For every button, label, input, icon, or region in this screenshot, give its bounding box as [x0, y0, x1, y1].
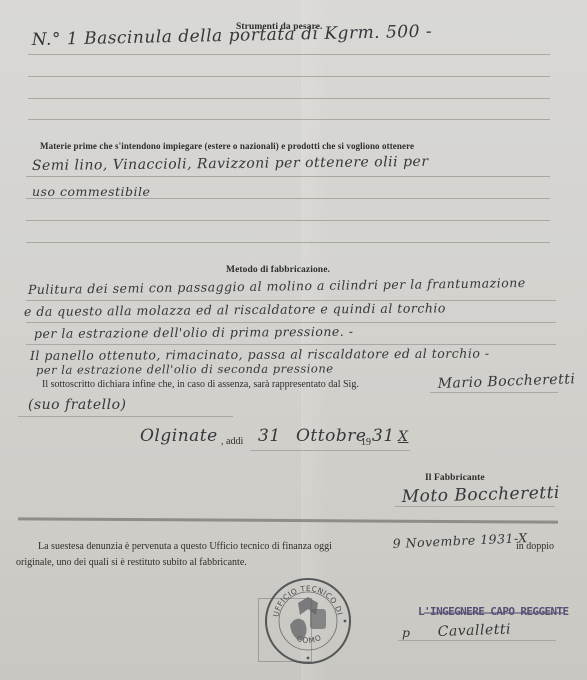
office-initial: p [402, 625, 411, 640]
year-prefix: 19 [361, 437, 371, 448]
receipt-text-before: La suestesa denunzia è pervenuta a quest… [38, 541, 332, 552]
era-handwriting: X [398, 429, 408, 445]
ruled-line [26, 220, 550, 221]
receipt-line-2: originale, uno dei quali si è restituto … [16, 557, 247, 568]
representative-name-handwriting: Mario Boccheretti [437, 371, 575, 392]
materials-label: Materie prime che s'intendono impiegare … [40, 141, 414, 151]
ruled-line [395, 506, 555, 507]
document-page: Strumenti da pesare. N.° 1 Bascinula del… [0, 0, 587, 680]
ruled-line [430, 392, 558, 393]
office-stamp: L'INGEGNERE CAPO REGGENTE [418, 605, 569, 618]
ruled-line [398, 640, 556, 641]
receipt-text-after: in doppio [516, 541, 554, 552]
finance-office-seal-icon: UFFICIO TECNICO DI FINANZA COMO [262, 575, 354, 667]
method-handwriting-line-1: Pulitura dei semi con passaggio al molin… [28, 275, 526, 297]
representative-relation-handwriting: (suo fratello) [28, 397, 127, 413]
section-divider [18, 517, 558, 523]
place-handwriting: Olginate [140, 426, 218, 446]
ruled-line [28, 98, 550, 99]
method-handwriting-line-4: Il panello ottenuto, rimacinato, passa a… [30, 346, 490, 363]
month-handwriting: Ottobre [296, 426, 366, 446]
ruled-line [26, 176, 550, 177]
ruled-line [26, 198, 550, 199]
method-handwriting-line-5: per la estrazione dell'olio di seconda p… [36, 361, 334, 377]
manufacturer-label: Il Fabbricante [425, 473, 485, 483]
representative-label: Il sottoscritto dichiara infine che, in … [42, 379, 359, 390]
method-handwriting-line-3: per la estrazione dell'olio di prima pre… [34, 324, 354, 341]
day-handwriting: 31 [258, 426, 281, 446]
receipt-date-handwriting: 9 Novembre 1931-X [392, 530, 528, 551]
ruled-line [26, 322, 556, 323]
office-signature: Cavalletti [437, 621, 511, 640]
method-handwriting-line-2: e da questo alla molazza ed al riscaldat… [24, 300, 446, 319]
ruled-line [250, 450, 410, 451]
addi-label: , addì [221, 436, 243, 447]
instruments-handwriting: N.° 1 Bascinula della portata di Kgrm. 5… [32, 22, 433, 50]
materials-handwriting-line-1: Semi lino, Vinaccioli, Ravizzoni per ott… [32, 154, 429, 174]
year-handwriting: 31 [372, 426, 395, 446]
ruled-line [28, 76, 550, 77]
method-label: Metodo di fabbricazione. [226, 265, 330, 275]
ruled-line [26, 242, 550, 243]
materials-handwriting-line-2: uso commestibile [32, 184, 150, 199]
manufacturer-signature: Moto Boccheretti [401, 483, 560, 507]
ruled-line [28, 119, 550, 120]
ruled-line [28, 54, 550, 55]
ruled-line [18, 416, 233, 417]
